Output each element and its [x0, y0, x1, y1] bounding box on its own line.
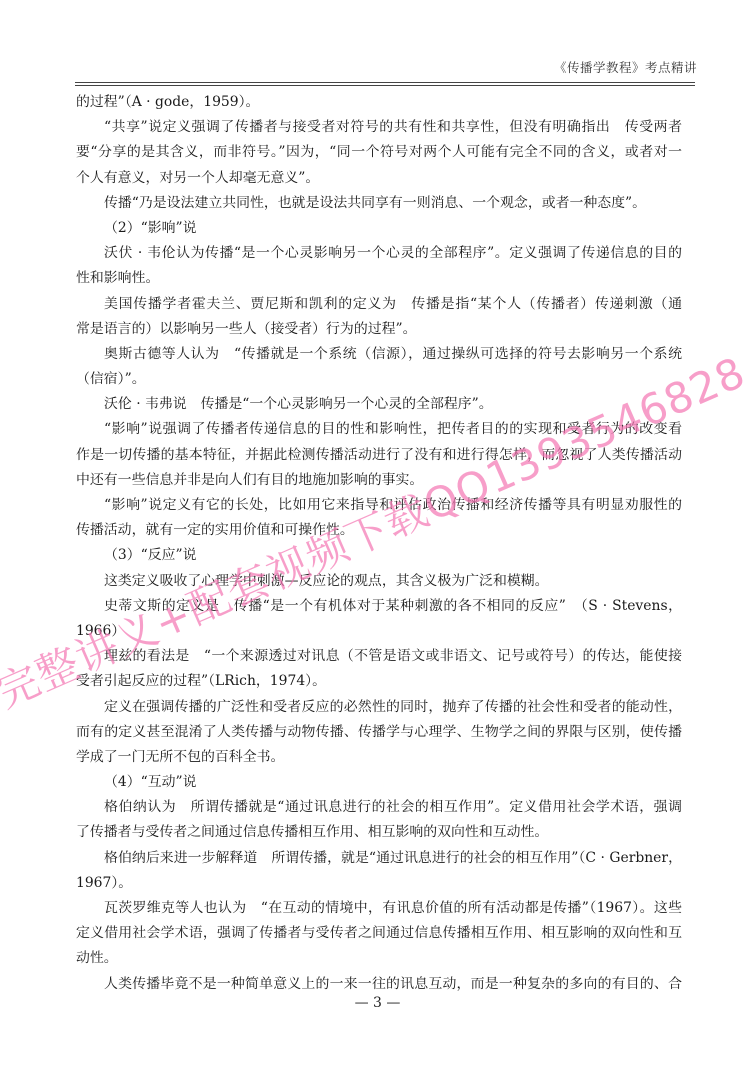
text-line: 这类定义吸收了心理学中刺激—反应论的观点，其含义极为广泛和模糊。: [76, 569, 682, 594]
text-line: 1966）: [76, 619, 682, 644]
text-line: 学成了一门无所不包的百科全书。: [76, 745, 682, 770]
running-header-title: 《传播学教程》考点精讲: [554, 58, 697, 76]
text-line: 了传播者与受传者之间通过信息传播相互作用、相互影响的双向性和互动性。: [76, 820, 682, 845]
text-line: 定义在强调传播的广泛性和受者反应的必然性的同时，抛弃了传播的社会性和受者的能动性…: [76, 695, 682, 720]
text-line: 而有的定义甚至混淆了人类传播与动物传播、传播学与心理学、生物学之间的界限与区别，…: [76, 720, 682, 745]
text-line: 史蒂文斯的定义是 传播“是一个有机体对于某种刺激的各不相同的反应” （S · S…: [76, 594, 682, 619]
page-number: — 3 —: [0, 995, 755, 1011]
text-line: 的过程”（A · gode，1959）。: [76, 90, 682, 115]
text-line: （3）“反应”说: [76, 543, 682, 568]
text-line: 理兹的看法是 “一个来源透过对讯息（不管是语文或非语文、记号或符号）的传达，能使…: [76, 644, 682, 669]
text-line: 沃伦 · 韦弗说 传播是“一个心灵影响另一个心灵的全部程序”。: [76, 392, 682, 417]
text-line: 个人有意义，对另一个人却毫无意义”。: [76, 166, 682, 191]
text-line: 格伯纳认为 所谓传播就是“通过讯息进行的社会的相互作用”。定义借用社会学术语，强…: [76, 795, 682, 820]
text-line: 中还有一些信息并非是向人们有目的地施加影响的事实。: [76, 468, 682, 493]
text-line: “影响”说定义有它的长处，比如用它来指导和评估政治传播和经济传播等具有明显劝服性…: [76, 493, 682, 518]
text-line: 沃伏 · 韦伦认为传播“是一个心灵影响另一个心灵的全部程序”。定义强调了传递信息…: [76, 241, 682, 266]
text-line: 受者引起反应的过程”（LRich，1974）。: [76, 669, 682, 694]
text-line: “影响”说强调了传播者传递信息的目的性和影响性，把传者目的的实现和受者行为的改变…: [76, 417, 682, 442]
text-line: 格伯纳后来进一步解释道 所谓传播，就是“通过讯息进行的社会的相互作用”（C · …: [76, 846, 682, 871]
text-line: “共享”说定义强调了传播者与接受者对符号的共有性和共享性，但没有明确指出 传受两…: [76, 115, 682, 140]
text-line: 动性。: [76, 946, 682, 971]
text-line: 传播活动，就有一定的实用价值和可操作性。: [76, 518, 682, 543]
text-line: 美国传播学者霍夫兰、贾尼斯和凯利的定义为 传播是指“某个人（传播者）传递刺激（通: [76, 292, 682, 317]
text-line: 瓦茨罗维克等人也认为 “在互动的情境中，有讯息价值的所有活动都是传播”（1967…: [76, 896, 682, 921]
text-line: （信宿）”。: [76, 367, 682, 392]
header-double-rule: [75, 82, 695, 86]
text-line: 传播“乃是设法建立共同性，也就是设法共同享有一则消息、一个观念，或者一种态度”。: [76, 191, 682, 216]
text-line: 人类传播毕竟不是一种简单意义上的一来一往的讯息互动，而是一种复杂的多向的有目的、…: [76, 972, 682, 997]
text-line: 1967）。: [76, 871, 682, 896]
text-line: 常是语言的）以影响另一些人（接受者）行为的过程”。: [76, 317, 682, 342]
text-line: 奥斯古德等人认为 “传播就是一个系统（信源），通过操纵可选择的符号去影响另一个系…: [76, 342, 682, 367]
text-line: 性和影响性。: [76, 266, 682, 291]
body-text: 的过程”（A · gode，1959）。“共享”说定义强调了传播者与接受者对符号…: [76, 90, 682, 997]
text-line: 定义借用社会学术语，强调了传播者与受传者之间通过信息传播相互作用、相互影响的双向…: [76, 921, 682, 946]
text-line: 要“分享的是其含义，而非符号。”因为，“同一个符号对两个人可能有完全不同的含义，…: [76, 140, 682, 165]
text-line: （4）“互动”说: [76, 770, 682, 795]
text-line: （2）“影响”说: [76, 216, 682, 241]
text-line: 作是一切传播的基本特征，并据此检测传播活动进行了没有和进行得怎样，而忽视了人类传…: [76, 443, 682, 468]
